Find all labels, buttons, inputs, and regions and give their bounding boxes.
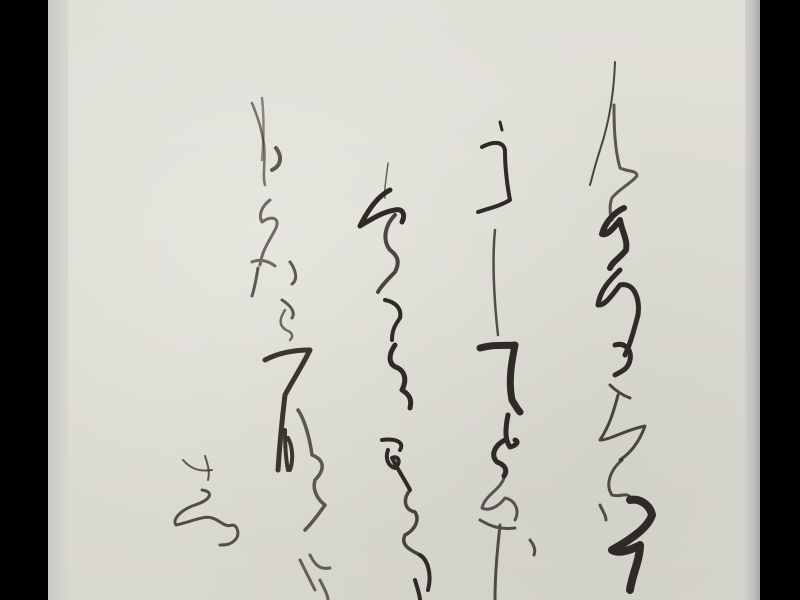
signature-mark bbox=[175, 456, 238, 545]
photo-frame: Japanese calligraphy scroll in cursive k… bbox=[0, 0, 800, 600]
calligraphy-column-4 bbox=[252, 98, 330, 600]
calligraphy-ink bbox=[0, 0, 800, 600]
calligraphy-column-2 bbox=[478, 122, 535, 600]
calligraphy-column-1 bbox=[590, 62, 652, 590]
calligraphy-column-3 bbox=[360, 163, 430, 600]
